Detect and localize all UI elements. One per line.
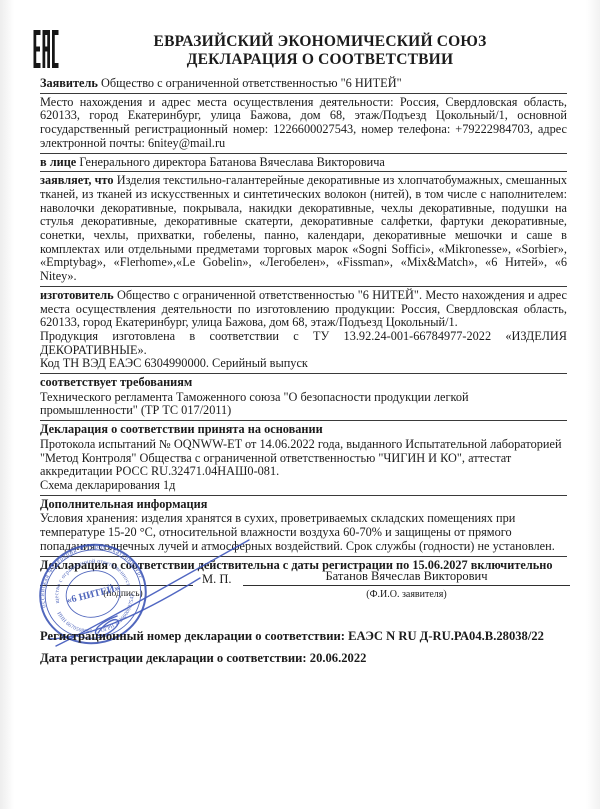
declares-label: заявляет, что bbox=[40, 173, 114, 187]
document-title: ЕВРАЗИЙСКИЙ ЭКОНОМИЧЕСКИЙ СОЮЗ ДЕКЛАРАЦИ… bbox=[40, 33, 600, 68]
person-label: в лице bbox=[40, 155, 76, 169]
declares-value: Изделия текстильно-галантерейные декорат… bbox=[40, 173, 567, 283]
applicant-label: Заявитель bbox=[40, 76, 98, 90]
registration-date-value: 20.06.2022 bbox=[310, 651, 367, 665]
section-additional-header: Дополнительная информация bbox=[40, 498, 567, 512]
manufacturer-value: Общество с ограниченной ответственностью… bbox=[40, 288, 567, 329]
address-text: Место нахождения и адрес места осуществл… bbox=[40, 96, 567, 151]
document-body: Заявитель Общество с ограниченной ответс… bbox=[40, 77, 567, 572]
name-line bbox=[243, 585, 570, 586]
basis-header: Декларация о соответствии принята на осн… bbox=[40, 423, 567, 437]
section-declares: заявляет, что Изделия текстильно-галанте… bbox=[40, 174, 567, 287]
section-basis: Протокола испытаний № OQNWW-ET от 14.06.… bbox=[40, 437, 567, 496]
manufacturer-label: изготовитель bbox=[40, 288, 114, 302]
section-address: Место нахождения и адрес места осуществл… bbox=[40, 96, 567, 154]
section-complies: Технического регламента Таможенного союз… bbox=[40, 390, 567, 421]
section-person: в лице Генерального директора Батанова В… bbox=[40, 156, 567, 173]
section-complies-header: соответствует требованиям bbox=[40, 376, 567, 390]
section-manufacturer: изготовитель Общество с ограниченной отв… bbox=[40, 289, 567, 374]
title-line-2: ДЕКЛАРАЦИЯ О СООТВЕТСТВИИ bbox=[40, 51, 600, 69]
name-caption: (Ф.И.О. заявителя) bbox=[243, 589, 570, 600]
registration-number-line: Регистрационный номер декларации о соотв… bbox=[40, 629, 544, 644]
title-line-1: ЕВРАЗИЙСКИЙ ЭКОНОМИЧЕСКИЙ СОЮЗ bbox=[40, 33, 600, 51]
registration-date-label: Дата регистрации декларации о соответств… bbox=[40, 651, 307, 665]
declaration-document: ЕВРАЗИЙСКИЙ ЭКОНОМИЧЕСКИЙ СОЮЗ ДЕКЛАРАЦИ… bbox=[0, 0, 600, 809]
complies-value: Технического регламента Таможенного союз… bbox=[40, 391, 567, 418]
registration-date-line: Дата регистрации декларации о соответств… bbox=[40, 651, 366, 666]
registration-number-label: Регистрационный номер декларации о соотв… bbox=[40, 629, 345, 643]
tnved-text: Код ТН ВЭД ЕАЭС 6304990000. Серийный вып… bbox=[40, 357, 567, 371]
person-value: Генерального директора Батанова Вячеслав… bbox=[79, 155, 385, 169]
production-text: Продукция изготовлена в соответствии с Т… bbox=[40, 330, 567, 357]
section-applicant: Заявитель Общество с ограниченной ответс… bbox=[40, 77, 567, 94]
section-basis-header: Декларация о соответствии принята на осн… bbox=[40, 423, 567, 437]
scheme-text: Схема декларирования 1д bbox=[40, 479, 567, 493]
applicant-value: Общество с ограниченной ответственностью… bbox=[101, 76, 402, 90]
basis-value: Протокола испытаний № OQNWW-ET от 14.06.… bbox=[40, 438, 567, 479]
applicant-signatory-name: Батанов Вячеслав Викторович bbox=[243, 569, 570, 584]
additional-header: Дополнительная информация bbox=[40, 498, 567, 512]
registration-number-value: ЕАЭС N RU Д-RU.РА04.В.28038/22 bbox=[348, 629, 544, 643]
complies-header: соответствует требованиям bbox=[40, 376, 567, 390]
